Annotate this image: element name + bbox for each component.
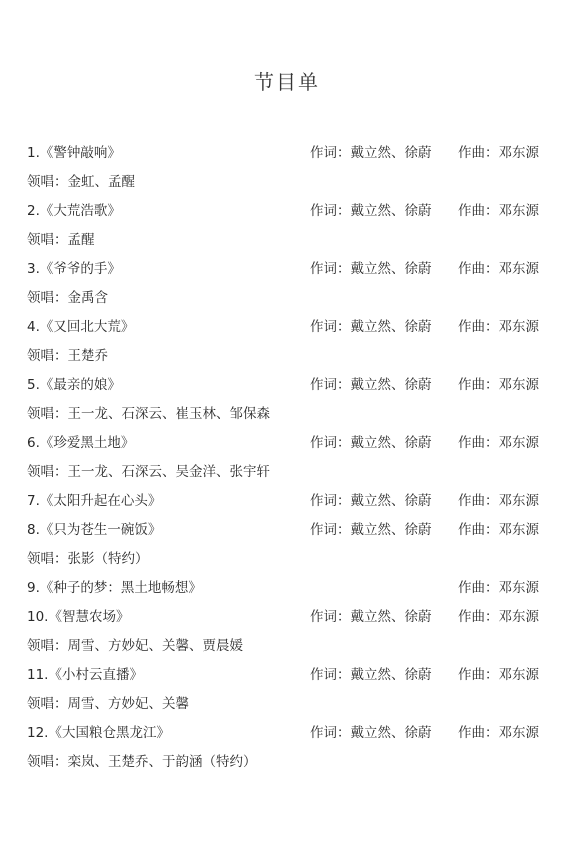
song-title: 3.《爷爷的手》: [27, 258, 121, 280]
singers-line-3: 领唱：金禹含: [27, 287, 557, 316]
program-item-1: 1.《警钟敲响》 作词：戴立然、徐蔚 作曲：邓东源: [27, 142, 557, 171]
composer: 作曲：邓东源: [458, 664, 539, 686]
lyricist: 作词：戴立然、徐蔚: [310, 374, 432, 396]
singers: 领唱：王一龙、石深云、吴金洋、张宇轩: [27, 461, 270, 483]
song-title: 2.《大荒浩歌》: [27, 200, 121, 222]
singers-line-5: 领唱：王一龙、石深云、崔玉林、邹保森: [27, 403, 557, 432]
composer: 作曲：邓东源: [458, 577, 539, 599]
program-item-12: 12.《大国粮仓黑龙江》 作词：戴立然、徐蔚 作曲：邓东源: [27, 722, 557, 751]
lyricist: 作词：戴立然、徐蔚: [310, 142, 432, 164]
singers-line-12: 领唱：栾岚、王楚乔、于韵涵（特约）: [27, 751, 557, 780]
lyricist: 作词：戴立然、徐蔚: [310, 258, 432, 280]
program-item-4: 4.《又回北大荒》 作词：戴立然、徐蔚 作曲：邓东源: [27, 316, 557, 345]
composer: 作曲：邓东源: [458, 258, 539, 280]
singers: 领唱：周雪、方妙妃、关馨、贾晨媛: [27, 635, 243, 657]
singers: 领唱：孟醒: [27, 229, 95, 251]
lyricist: 作词：戴立然、徐蔚: [310, 490, 432, 512]
program-item-6: 6.《珍爱黑土地》 作词：戴立然、徐蔚 作曲：邓东源: [27, 432, 557, 461]
singers: 领唱：金禹含: [27, 287, 108, 309]
song-title: 1.《警钟敲响》: [27, 142, 121, 164]
composer: 作曲：邓东源: [458, 606, 539, 628]
song-title: 10.《智慧农场》: [27, 606, 129, 628]
lyricist: 作词：戴立然、徐蔚: [310, 606, 432, 628]
singers: 领唱：周雪、方妙妃、关馨: [27, 693, 189, 715]
program-item-8: 8.《只为苍生一碗饭》 作词：戴立然、徐蔚 作曲：邓东源: [27, 519, 557, 548]
program-item-7: 7.《太阳升起在心头》 作词：戴立然、徐蔚 作曲：邓东源: [27, 490, 557, 519]
singers-line-10: 领唱：周雪、方妙妃、关馨、贾晨媛: [27, 635, 557, 664]
program-list: 1.《警钟敲响》 作词：戴立然、徐蔚 作曲：邓东源 领唱：金虹、孟醒 2.《大荒…: [27, 142, 557, 780]
composer: 作曲：邓东源: [458, 722, 539, 744]
lyricist: 作词：戴立然、徐蔚: [310, 519, 432, 541]
song-title: 12.《大国粮仓黑龙江》: [27, 722, 170, 744]
program-item-9: 9.《种子的梦：黑土地畅想》 作曲：邓东源: [27, 577, 557, 606]
singers-line-6: 领唱：王一龙、石深云、吴金洋、张宇轩: [27, 461, 557, 490]
singers-line-2: 领唱：孟醒: [27, 229, 557, 258]
program-item-2: 2.《大荒浩歌》 作词：戴立然、徐蔚 作曲：邓东源: [27, 200, 557, 229]
lyricist: 作词：戴立然、徐蔚: [310, 432, 432, 454]
singers-line-1: 领唱：金虹、孟醒: [27, 171, 557, 200]
composer: 作曲：邓东源: [458, 432, 539, 454]
program-item-10: 10.《智慧农场》 作词：戴立然、徐蔚 作曲：邓东源: [27, 606, 557, 635]
lyricist: 作词：戴立然、徐蔚: [310, 722, 432, 744]
singers: 领唱：王楚乔: [27, 345, 108, 367]
singers-line-4: 领唱：王楚乔: [27, 345, 557, 374]
singers: 领唱：张影（特约）: [27, 548, 149, 570]
singers: 领唱：金虹、孟醒: [27, 171, 135, 193]
singers: 领唱：栾岚、王楚乔、于韵涵（特约）: [27, 751, 257, 773]
composer: 作曲：邓东源: [458, 142, 539, 164]
composer: 作曲：邓东源: [458, 374, 539, 396]
song-title: 8.《只为苍生一碗饭》: [27, 519, 161, 541]
singers: 领唱：王一龙、石深云、崔玉林、邹保森: [27, 403, 270, 425]
program-item-11: 11.《小村云直播》 作词：戴立然、徐蔚 作曲：邓东源: [27, 664, 557, 693]
composer: 作曲：邓东源: [458, 316, 539, 338]
program-item-5: 5.《最亲的娘》 作词：戴立然、徐蔚 作曲：邓东源: [27, 374, 557, 403]
composer: 作曲：邓东源: [458, 490, 539, 512]
song-title: 7.《太阳升起在心头》: [27, 490, 161, 512]
lyricist: 作词：戴立然、徐蔚: [310, 200, 432, 222]
singers-line-8: 领唱：张影（特约）: [27, 548, 557, 577]
composer: 作曲：邓东源: [458, 200, 539, 222]
lyricist: 作词：戴立然、徐蔚: [310, 316, 432, 338]
program-item-3: 3.《爷爷的手》 作词：戴立然、徐蔚 作曲：邓东源: [27, 258, 557, 287]
lyricist: 作词：戴立然、徐蔚: [310, 664, 432, 686]
song-title: 5.《最亲的娘》: [27, 374, 121, 396]
song-title: 4.《又回北大荒》: [27, 316, 134, 338]
song-title: 6.《珍爱黑土地》: [27, 432, 134, 454]
composer: 作曲：邓东源: [458, 519, 539, 541]
singers-line-11: 领唱：周雪、方妙妃、关馨: [27, 693, 557, 722]
song-title: 9.《种子的梦：黑土地畅想》: [27, 577, 202, 599]
page-title: 节目单: [0, 66, 574, 95]
song-title: 11.《小村云直播》: [27, 664, 143, 686]
